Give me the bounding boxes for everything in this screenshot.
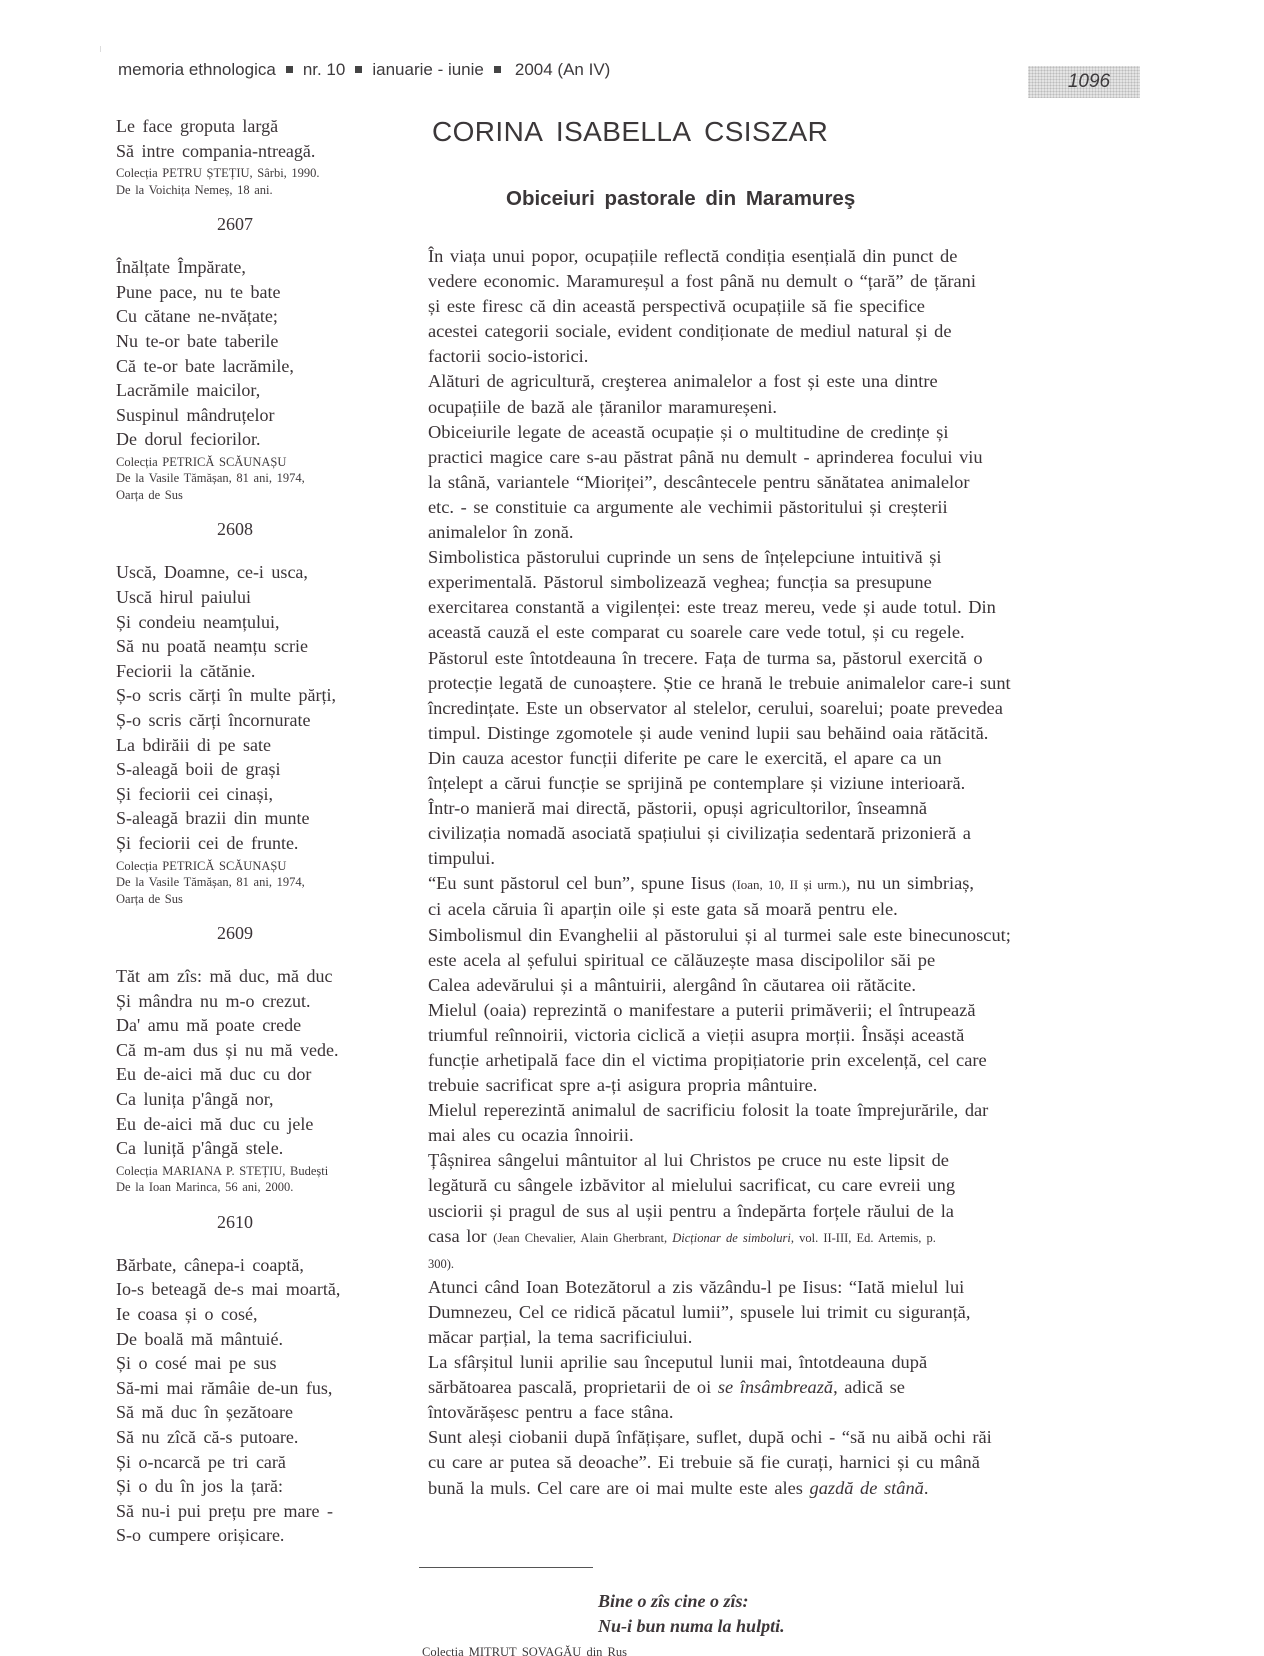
poem-line: Să mă duc în șezătoare [116,1400,366,1425]
article-line: întovărășesc pentru a face stâna. [428,1400,1128,1425]
citation-book-title: Dicționar de simboluri [672,1231,791,1245]
italic-term: se însâmbrează [718,1377,833,1397]
poem-line: Uscă hirul paiului [116,585,366,610]
poem-list: 2607Înălțate Împărate,Pune pace, nu te b… [116,214,366,1548]
bible-reference: (Ioan, 10, II și urm.) [732,877,846,892]
poem-line: Și feciorii cei cinași, [116,782,366,807]
quote-text: “Eu sunt păstorul cel bun”, spune Iisus [428,873,732,893]
collection-credit: Colecția PETRICĂ SCĂUNAȘUDe la Vasile Tă… [116,858,366,908]
poem-line: Ca luniță p'ângă stele. [116,1136,366,1161]
poem-line: Și mândra nu m-o crezut. [116,989,366,1014]
article-line: Simbolismul din Evanghelii al păstorului… [428,923,1128,948]
text: , adică se [833,1377,905,1397]
article-line: Din cauza acestor funcții diferite pe ca… [428,746,1128,771]
poem-line: Că te-or bate lacrămile, [116,354,366,379]
poem-line: La bdirăii di pe sate [116,733,366,758]
article-line: Mielul reperezintă animalul de sacrifici… [428,1098,1128,1123]
article-line: este acela al șefului spiritual ce călău… [428,948,1128,973]
article-line: măcar parțial, la tema sacrificiului. [428,1325,1128,1350]
poem-line: De dorul feciorilor. [116,427,366,452]
poem-line: Să-mi mai rămâie de-un fus, [116,1376,366,1401]
article-line: animalelor în zonă. [428,520,1128,545]
epigraph-credit: Colecția MITRUȚ SOVAGĂU din Rus [422,1645,627,1656]
credit-line: Oarța de Sus [116,487,366,504]
article-line: În viața unui popor, ocupațiile reflectă… [428,244,1128,269]
article-line: usciorii și pragul de sus al ușii pentru… [428,1199,1128,1224]
article-line: factorii socio-istorici. [428,344,1128,369]
article-line: mai ales cu ocazia înnoirii. [428,1123,1128,1148]
article-line: Păstorul este întotdeauna în trecere. Fa… [428,646,1128,671]
quote-text-continued: , nu un simbriaș, [846,873,974,893]
credit-line: De la Ioan Marinca, 56 ani, 2000. [116,1179,366,1196]
article-line: casa lor (Jean Chevalier, Alain Gherbran… [428,1224,1128,1251]
poem-line: Ș-o scris cărți în multe părți, [116,683,366,708]
page-number-badge: 1096 [1028,66,1140,98]
credit-line: Colecția PETRICĂ SCĂUNAȘU [116,454,366,471]
article-line: trebuie sacrificat spre a-ți asigura pro… [428,1073,1128,1098]
poem-line: Da' amu mă poate crede [116,1013,366,1038]
poem-line: S-aleagă brazii din munte [116,806,366,831]
article-line: Calea adevărului și a mântuirii, alergân… [428,973,1128,998]
article-line: protecție legată de cunoaștere. Știe ce … [428,671,1128,696]
poem-line: Ca lunița p'ângă nor, [116,1087,366,1112]
article-line: funcție arhetipală face din el victima p… [428,1048,1128,1073]
poem-line: Și feciorii cei de frunte. [116,831,366,856]
poem-number: 2607 [116,214,354,235]
citation-lead: casa lor [428,1226,493,1246]
article-line: ocupațiile de bază ale țăranilor maramur… [428,395,1128,420]
poem-line: Și o du în jos la țară: [116,1474,366,1499]
article-line: cu care ar putea să deoache”. Ei trebuie… [428,1450,1128,1475]
poem-number: 2608 [116,519,354,540]
citation-end: 300). [428,1257,454,1271]
article-line: etc. - se constituie ca argumente ale ve… [428,495,1128,520]
poem-line: Ș-o scris cărți încornurate [116,708,366,733]
article-line: timpului. [428,846,1128,871]
article-line: bună la muls. Cel care are oi mai multe … [428,1476,1128,1501]
article-line: legătură cu sângele izbăvitor al mielulu… [428,1173,1128,1198]
article-line: acestei categorii sociale, evident condi… [428,319,1128,344]
section-divider [419,1567,593,1568]
article-line: ci acela căruia îi aparțin oile și este … [428,897,1128,922]
article-paragraphs: ci acela căruia îi aparțin oile și este … [428,897,1128,1223]
article-line: și este firesc că din această perspectiv… [428,294,1128,319]
article-line: Țâșnirea sângelui mântuitor al lui Chris… [428,1148,1128,1173]
collection-credit: Colecția PETRU ȘTEȚIU, Sârbi, 1990.De la… [116,165,366,198]
italic-term: gazdă de stână [810,1478,924,1498]
credit-line: Colecția PETRICĂ SCĂUNAȘU [116,858,366,875]
citation-authors: (Jean Chevalier, Alain Gherbrant, [493,1231,672,1245]
article-line: vedere economic. Maramureșul a fost până… [428,269,1128,294]
text: sărbătoarea pascală, proprietarii de oi [428,1377,718,1397]
poem-line: Că m-am dus și nu mă vede. [116,1038,366,1063]
poem-line: S-o cumpere orișicare. [116,1523,366,1548]
issue-period: ianuarie - iunie [372,60,484,79]
poem-line: De boală mă mântuié. [116,1327,366,1352]
article-line: Simbolistica păstorului cuprinde un sens… [428,545,1128,570]
poem-line: Eu de-aici mă duc cu jele [116,1112,366,1137]
article-paragraphs: întovărășesc pentru a face stâna.Sunt al… [428,1400,1128,1475]
poem-line: Bărbate, cânepa-i coaptă, [116,1253,366,1278]
journal-name: memoria ethnologica [118,60,276,79]
credit-line: De la Voichița Nemeș, 18 ani. [116,182,366,199]
article-line: la stână, variantele “Mioriței”, descânt… [428,470,1128,495]
article-line: civilizația nomadă asociată spațiului și… [428,821,1128,846]
poem: 2610Bărbate, cânepa-i coaptă,Io-s beteag… [116,1212,366,1548]
text: . [924,1478,929,1498]
poem-line: Suspinul mândruțelor [116,403,366,428]
article-line: Alături de agricultură, creşterea animal… [428,369,1128,394]
square-bullet-icon [355,66,362,73]
article-line: Sunt aleși ciobanii după înfățișare, suf… [428,1425,1128,1450]
article-paragraphs: În viața unui popor, ocupațiile reflectă… [428,244,1128,871]
poem-line: S-aleagă boii de grași [116,757,366,782]
collection-credit: Colecția MARIANA P. STEȚIU, BudeștiDe la… [116,1163,366,1196]
epigraph-line: Nu-i bun numa la hulpti. [598,1614,785,1639]
running-header: memoria ethnologicanr. 10ianuarie - iuni… [118,60,610,80]
article-line: La sfârșitul lunii aprilie sau începutul… [428,1350,1128,1375]
article-line: înțelept a cărui funcție se sprijină pe … [428,771,1128,796]
article-title: Obiceiuri pastorale din Maramureş [506,187,855,211]
collection-credit: Colecția PETRICĂ SCĂUNAȘUDe la Vasile Tă… [116,454,366,504]
poem-line: Nu te-or bate taberile [116,329,366,354]
article-line: încredințate. Este un observator al stel… [428,696,1128,721]
square-bullet-icon [494,66,501,73]
article-line: Atunci când Ioan Botezătorul a zis văzân… [428,1275,1128,1300]
poem-line: Eu de-aici mă duc cu dor [116,1062,366,1087]
poem-line: Tăt am zîs: mă duc, mă duc [116,964,366,989]
poem-line: Io-s beteagă de-s mai moartă, [116,1277,366,1302]
credit-line: De la Vasile Tămășan, 81 ani, 1974, [116,874,366,891]
article-line: sărbătoarea pascală, proprietarii de oi … [428,1375,1128,1400]
poem-line: Pune pace, nu te bate [116,280,366,305]
credit-line: Colecția PETRU ȘTEȚIU, Sârbi, 1990. [116,165,366,182]
poem-fragment: Le face groputa largăSă intre compania-n… [116,114,366,198]
poem-line: Și condeiu neamțului, [116,610,366,635]
article-line: Obiceiurile legate de această ocupație ș… [428,420,1128,445]
article-line: această cauză el este comparat cu soarel… [428,620,1128,645]
poem-line: Le face groputa largă [116,114,366,139]
credit-line: Colecția MARIANA P. STEȚIU, Budești [116,1163,366,1180]
poem-line: Să intre compania-ntreagă. [116,139,366,164]
poem-line: Uscă, Doamne, ce-i usca, [116,560,366,585]
article-line: triumful reînnoirii, victoria ciclică a … [428,1023,1128,1048]
credit-line: Oarța de Sus [116,891,366,908]
article-line: experimentală. Păstorul simbolizează veg… [428,570,1128,595]
poem-line: Înălțate Împărate, [116,255,366,280]
poem-line: Să nu-i pui prețu pre mare - [116,1499,366,1524]
article-line: Dumnezeu, Cel ce ridică păcatul lumii”, … [428,1300,1128,1325]
poem-line: Cu cătane ne-nvățate; [116,304,366,329]
article-author: CORINA ISABELLA CSISZAR [432,116,828,148]
article-line: Mielul (oaia) reprezintă o manifestare a… [428,998,1128,1023]
poem: 2607Înălțate Împărate,Pune pace, nu te b… [116,214,366,503]
issue-number: nr. 10 [303,60,346,79]
article-paragraphs: Atunci când Ioan Botezătorul a zis văzân… [428,1275,1128,1375]
credit-line: De la Vasile Tămășan, 81 ani, 1974, [116,470,366,487]
poem: 2608Uscă, Doamne, ce-i usca,Uscă hirul p… [116,519,366,907]
article-line: practici magice care s-au păstrat până n… [428,445,1128,470]
article-line: Într-o manieră mai directă, păstorii, op… [428,796,1128,821]
poem-line: Feciorii la cătănie. [116,659,366,684]
text: bună la muls. Cel care are oi mai multe … [428,1478,810,1498]
article-body: În viața unui popor, ocupațiile reflectă… [428,244,1128,1501]
poems-column: Le face groputa largăSă intre compania-n… [116,114,366,1548]
poem-line: Și o-ncarcă pe tri cară [116,1450,366,1475]
scan-artifact [100,46,101,52]
article-line: exercitarea constantă a vigilenței: este… [428,595,1128,620]
epigraph-line: Bine o zîs cine o zîs: [598,1589,785,1614]
issue-year: 2004 (An IV) [515,60,610,79]
citation-details: , vol. II-III, Ed. Artemis, p. [791,1231,936,1245]
poem: 2609Tăt am zîs: mă duc, mă ducȘi mândra … [116,923,366,1196]
epigraph: Bine o zîs cine o zîs: Nu-i bun numa la … [598,1589,785,1639]
article-line: timpul. Distinge zgomotele și aude venin… [428,721,1128,746]
poem-number: 2609 [116,923,354,944]
poem-line: Și o cosé mai pe sus [116,1351,366,1376]
poem-number: 2610 [116,1212,354,1233]
poem-line: Să nu poată neamțu scrie [116,634,366,659]
article-line: “Eu sunt păstorul cel bun”, spune Iisus … [428,871,1128,897]
poem-line: Să nu zîcă că-s putoare. [116,1425,366,1450]
poem-line: Ie coasa și o cosé, [116,1302,366,1327]
square-bullet-icon [286,66,293,73]
poem-line: Lacrămile maicilor, [116,378,366,403]
